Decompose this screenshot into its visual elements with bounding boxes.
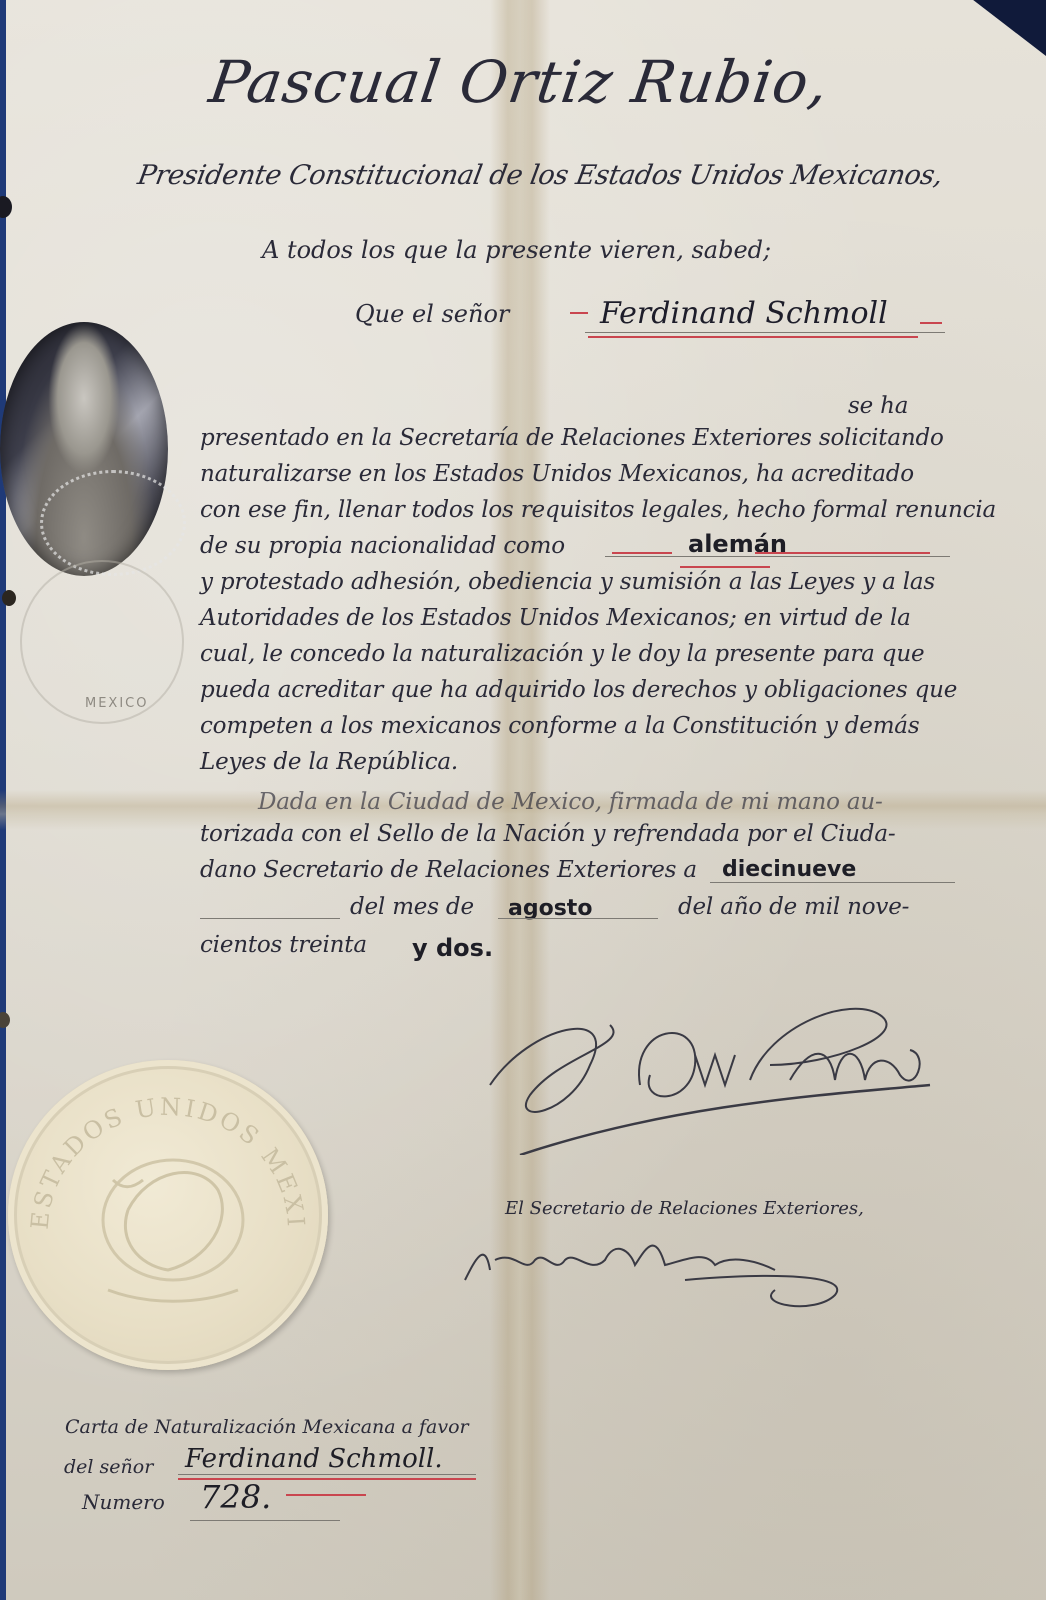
body-line: con ese fin, llenar todos los requisitos… (200, 497, 996, 523)
body-line: de su propia nacionalidad como (200, 533, 565, 559)
body-line: pueda acreditar que ha adquirido los der… (200, 677, 957, 703)
body-line: torizada con el Sello de la Nación y ref… (200, 821, 895, 847)
embossed-stamp-text: MEXICO (85, 696, 148, 711)
body-line: y protestado adhesión, obediencia y sumi… (200, 569, 935, 595)
name-underline (585, 332, 945, 333)
number-underline (190, 1520, 340, 1521)
year-suffix: y dos. (412, 934, 493, 962)
red-rule (680, 566, 770, 568)
footer-applicant-name: Ferdinand Schmoll. (185, 1444, 443, 1474)
footer-number-label: Numero (82, 1490, 165, 1514)
nationality-underline (605, 556, 950, 557)
footer-senor-label: del señor (64, 1456, 153, 1478)
footer-name-underline (178, 1474, 476, 1475)
secretary-label: El Secretario de Relaciones Exteriores, (505, 1198, 864, 1219)
body-line: presentado en la Secretaría de Relacione… (200, 425, 944, 451)
svg-text:ESTADOS UNIDOS MEXICANOS: ESTADOS UNIDOS MEXICANOS (8, 1060, 310, 1231)
red-rule (286, 1494, 366, 1496)
document-subtitle: Presidente Constitucional de los Estados… (135, 160, 945, 191)
eagle-emblem-icon: ESTADOS UNIDOS MEXICANOS (8, 1060, 328, 1370)
red-rule (570, 312, 588, 314)
red-rule (588, 336, 918, 338)
red-rule (920, 322, 942, 324)
body-line: se ha (848, 393, 908, 419)
body-line: naturalizarse en los Estados Unidos Mexi… (200, 461, 914, 487)
body-line: cientos treinta (200, 932, 367, 958)
body-line: Autoridades de los Estados Unidos Mexica… (200, 605, 911, 631)
red-rule (755, 552, 930, 554)
body-line: dano Secretario de Relaciones Exteriores… (200, 857, 697, 883)
body-line: del año de mil nove- (678, 894, 909, 920)
intro-text: Que el señor (355, 300, 509, 328)
month-underline (498, 918, 658, 919)
punch-hole (2, 590, 16, 606)
body-line: Dada en la Ciudad de Mexico, firmada de … (258, 789, 883, 815)
salutation: A todos los que la presente vieren, sabe… (262, 236, 771, 264)
blank-line (200, 918, 340, 919)
seal-text: ESTADOS UNIDOS MEXICANOS (8, 1060, 310, 1231)
day-value: diecinueve (722, 857, 856, 882)
body-line: competen a los mexicanos conforme a la C… (200, 713, 919, 739)
document-title: Pascual Ortiz Rubio, (205, 48, 833, 116)
president-signature (470, 985, 950, 1155)
red-rule (612, 552, 672, 554)
body-line: cual, le concedo la naturalización y le … (200, 641, 924, 667)
secretary-signature (455, 1220, 875, 1310)
certificate-number: 728. (200, 1478, 271, 1516)
applicant-name: Ferdinand Schmoll (600, 296, 888, 331)
body-line: del mes de (350, 894, 474, 920)
body-line: Leyes de la República. (200, 749, 458, 775)
footer-caption: Carta de Naturalización Mexicana a favor (65, 1416, 469, 1438)
national-seal: ESTADOS UNIDOS MEXICANOS (8, 1060, 328, 1370)
day-underline (710, 882, 955, 883)
